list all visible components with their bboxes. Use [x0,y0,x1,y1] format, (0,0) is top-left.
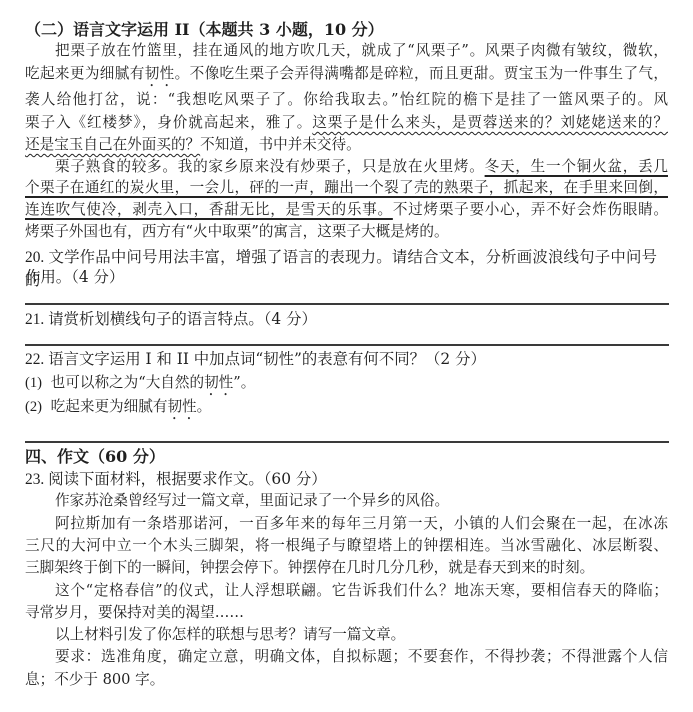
exam-page: （二）语言文字运用 II（本题共 3 小题，10 分） 把栗子放在竹篮里，挂在通… [0,0,693,712]
passage-line: 烤栗子外国也有，西方有“火中取栗”的寓言，这栗子大概是烤的。 [25,221,668,243]
passage-line: 栗子熟食的较多。我的家乡原来没有炒栗子，只是放在火里烤。冬天，生一个铜火盆，丢几 [55,156,668,178]
underlined-sentence: 个栗子在通红的炭火里，一会儿，砰的一声，蹦出一个裂了壳的熟栗子，抓起来，在手里来… [25,179,668,196]
material-line: 三尺的大河中立一个木头三脚架，将一根绳子与瞭望塔上的钟摆相连。当冰雪融化、冰层断… [25,535,668,557]
emphasis-dotted-word: 韧性 [145,65,175,82]
question-number: 23. [25,471,44,488]
question-20-continued: 作用。（4 分） [25,266,668,288]
passage-text: 袭人给他打岔，说：“我想吃风栗子了。你给我取去。”怡红院的檐下是挂了一篮风栗子的… [25,91,668,108]
item-label: (1) [25,375,42,391]
section-title: 四、作文（60 分） [25,446,668,468]
underlined-sentence: 连连吹气使冷，剥壳入口，香甜无比，是雪天的乐事。 [25,201,393,218]
emphasis-dotted-word: 韧性 [167,398,196,415]
question-22-item-1: (1) 也可以称之为“大自然的韧性”。 [25,372,668,394]
answer-line [25,344,669,346]
requirements-line: 要求：选准角度，确定立意，明确文体，自拟标题；不要套作，不得抄袭；不得泄露个人信 [55,646,668,668]
passage-text: 不知道，书中并未交待。 [200,136,361,153]
question-text: 作用。（4 分） [25,268,124,286]
underlined-sentence: 冬天，生一个铜火盆，丢几 [485,158,668,175]
passage-line: 个栗子在通红的炭火里，一会儿，砰的一声，蹦出一个裂了壳的熟栗子，抓起来，在手里来… [25,177,668,199]
question-23: 23.阅读下面材料，根据要求作文。（60 分） [25,468,668,490]
item-text: 吃起来更为细腻有 [51,398,168,415]
passage-text: 。不像吃生栗子会弄得满嘴都是碎粒，而且更甜。贾宝玉为一件事生了气， [175,65,668,82]
passage-text: 烤栗子外国也有，西方有“火中取栗”的寓言，这栗子大概是烤的。 [25,223,449,240]
passage-text: 吃起来更为细腻有 [25,65,145,82]
passage-text: 栗子熟食的较多。我的家乡原来没有炒栗子，只是放在火里烤。 [55,158,485,175]
question-22: 22.语言文字运用 I 和 II 中加点词“韧性”的表意有何不同？（2 分） [25,348,668,370]
material-line: 作家苏沧桑曾经写过一篇文章，里面记录了一个异乡的风俗。 [55,490,668,512]
emphasis-dotted-word: 韧性 [204,374,233,391]
item-text: ”。 [233,374,255,391]
material-line: 寻常岁月，要保持对美的渴望…… [25,602,668,624]
passage-line: 袭人给他打岔，说：“我想吃风栗子了。你给我取去。”怡红院的檐下是挂了一篮风栗子的… [25,89,668,111]
section-title: （二）语言文字运用 II（本题共 3 小题，10 分） [25,19,668,41]
material-line: 三脚架终于倒下的一瞬间，钟摆会停下。钟摆停在几时几分几秒，就是春天到来的时刻。 [25,557,668,579]
question-text: 阅读下面材料，根据要求作文。（60 分） [48,470,326,488]
question-20: 20.文学作品中问号用法丰富，增强了语言的表现力。请结合文本，分析画波浪线句子中… [25,246,657,268]
wavy-underlined-sentence: 还是宝玉自己在外面买的？ [25,136,200,153]
question-number: 22. [25,351,44,368]
question-22-item-2: (2) 吃起来更为细腻有韧性。 [25,396,668,418]
answer-line [25,303,669,305]
passage-text: 不过烤栗子要小心，弄不好会炸伤眼睛。 [393,201,668,218]
passage-line: 栗子入《红楼梦》，身价就高起来，雅了。这栗子是什么来头，是贾蓉送来的？刘姥姥送来… [25,112,668,134]
question-text: 请赏析划横线句子的语言特点。（4 分） [48,310,317,328]
question-number: 20. [25,249,44,266]
question-number: 21. [25,311,44,328]
material-line: 阿拉斯加有一条塔那诺河，一百多年来的每年三月第一天，小镇的人们会聚在一起，在冰冻 [55,513,668,535]
passage-text: 栗子入《红楼梦》，身价就高起来，雅了。 [25,114,312,131]
passage-line: 吃起来更为细腻有韧性。不像吃生栗子会弄得满嘴都是碎粒，而且更甜。贾宝玉为一件事生… [25,63,668,85]
item-text: 。 [197,398,212,415]
item-text: 也可以称之为“大自然的 [51,374,204,391]
passage-line: 把栗子放在竹篮里，挂在通风的地方吹几天，就成了“风栗子”。风栗子肉微有皱纹，微软… [55,40,668,62]
passage-line: 连连吹气使冷，剥壳入口，香甜无比，是雪天的乐事。不过烤栗子要小心，弄不好会炸伤眼… [25,199,668,221]
requirements-line: 息；不少于 800 字。 [25,669,668,691]
question-21: 21.请赏析划横线句子的语言特点。（4 分） [25,308,668,330]
wavy-underlined-sentence: 这栗子是什么来头，是贾蓉送来的？刘姥姥送来的？ [312,114,668,131]
question-text: 语言文字运用 I 和 II 中加点词“韧性”的表意有何不同？（2 分） [48,350,486,368]
material-line: 以上材料引发了你怎样的联想与思考？请写一篇文章。 [55,624,668,646]
passage-line: 还是宝玉自己在外面买的？不知道，书中并未交待。 [25,134,668,156]
passage-text: 把栗子放在竹篮里，挂在通风的地方吹几天，就成了“风栗子”。风栗子肉微有皱纹，微软… [55,42,668,59]
answer-line [25,441,669,443]
item-label: (2) [25,399,42,415]
material-line: 这个“定格春信”的仪式，让人浮想联翩。它告诉我们什么？地冻天寒，要相信春天的降临… [55,580,668,602]
